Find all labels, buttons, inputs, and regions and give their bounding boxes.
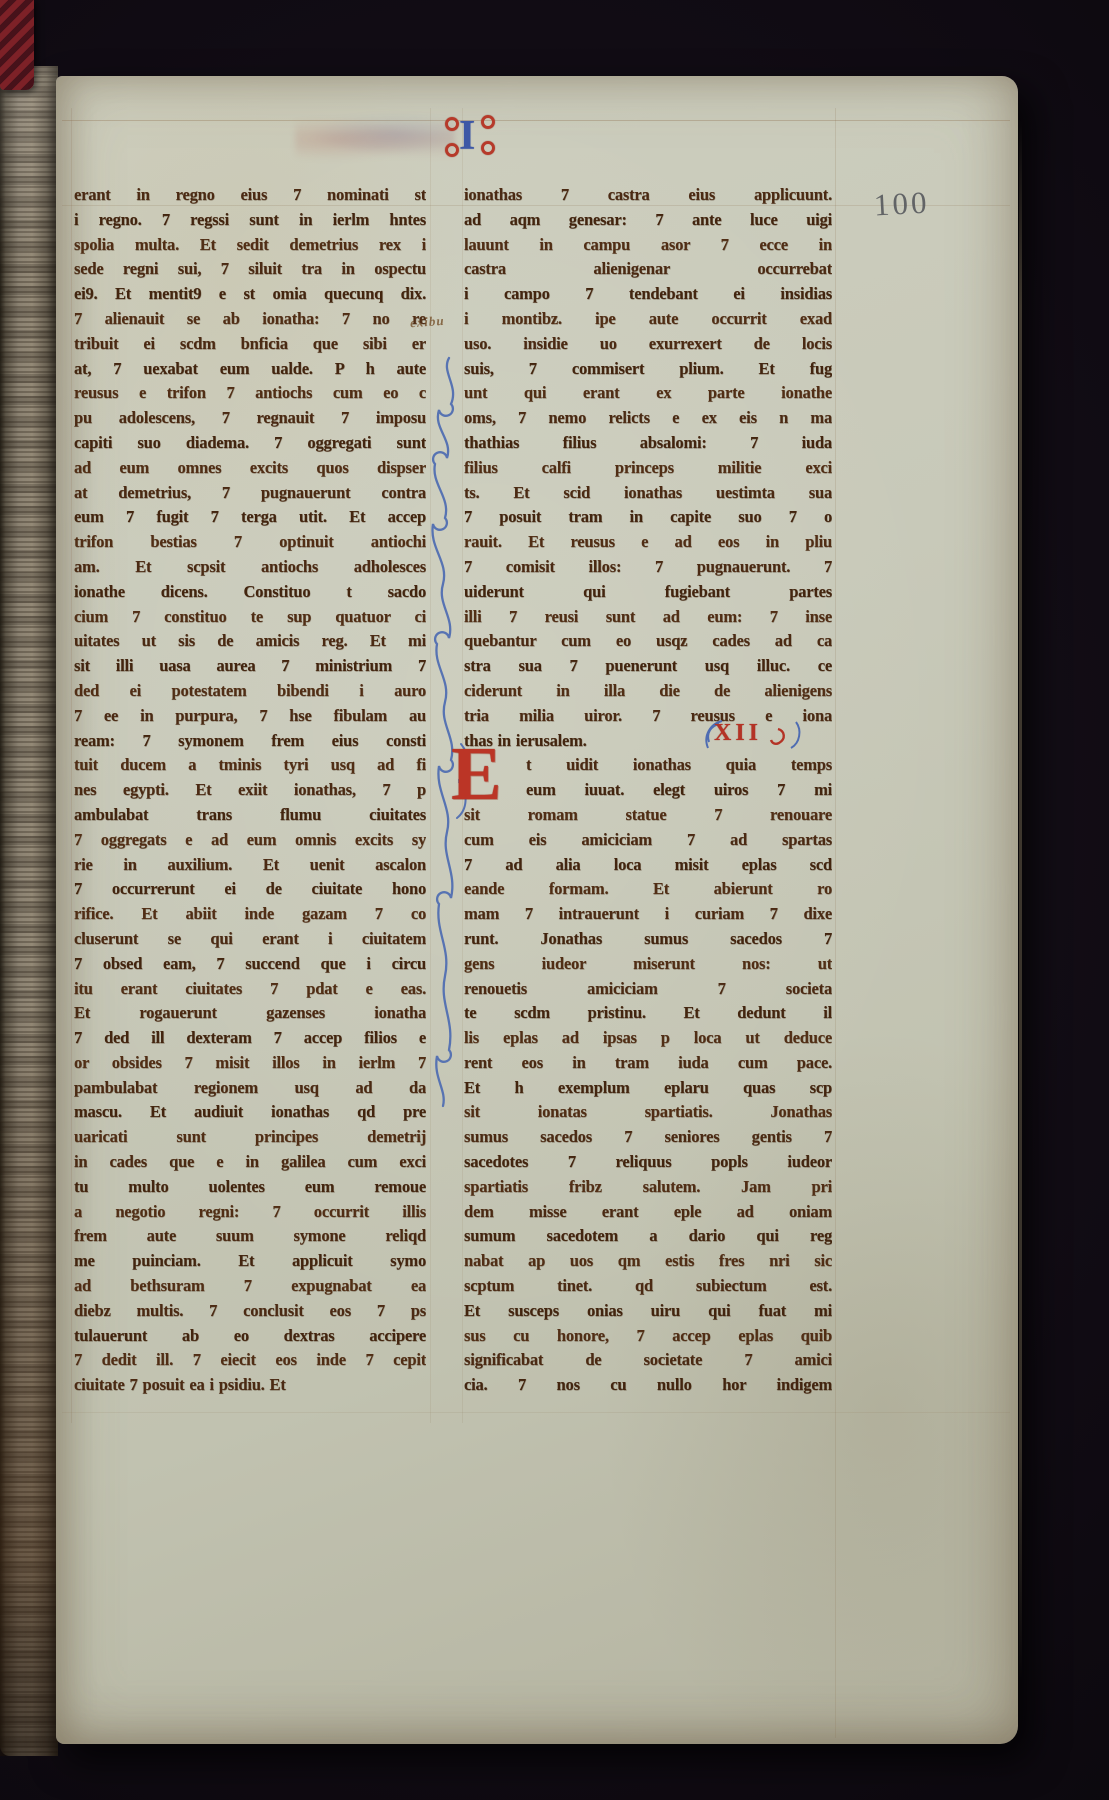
text-line: in cades que e in galilea cum exci: [74, 1150, 426, 1175]
text-line: spartiatis fribz salutem. Jam pri: [464, 1175, 832, 1200]
text-column-left: erant in regno eius 7 nominati sti regno…: [74, 183, 426, 1398]
text-line: oms, 7 nemo relicts e ex eis n ma: [464, 406, 832, 431]
text-line: eande formam. Et abierunt ro: [464, 877, 832, 902]
text-line: am. Et scpsit antiochs adholesces: [74, 555, 426, 580]
text-line: ad eum omnes excits quos dispser: [74, 456, 426, 481]
text-line: stra sua 7 puenerunt usq illuc. ce: [464, 654, 832, 679]
text-line: te scdm pristinu. Et dedunt il: [464, 1001, 832, 1026]
folio-number: 100: [873, 185, 930, 224]
text-line: significabat de societate 7 amici: [464, 1348, 832, 1373]
text-line: uiderunt qui fugiebant partes: [464, 580, 832, 605]
text-line: cium 7 constituo te sup quatuor ci: [74, 605, 426, 630]
text-line: rie in auxilium. Et uenit ascalon: [74, 853, 426, 878]
text-line: ciuitate 7 posuit ea i psidiu. Et: [74, 1373, 426, 1398]
chapter-rubric: XII: [700, 716, 804, 754]
text-line: nes egypti. Et exiit ionathas, 7 p: [74, 778, 426, 803]
column-section-chap11: ionathas 7 castra eius applicuunt.ad aqm…: [464, 183, 832, 753]
manuscript-photo: I 100 exibu erant in regno eius 7 nomina…: [0, 0, 1109, 1800]
page-crease: [835, 108, 836, 1738]
text-line: 7 ded ill dexteram 7 accep filios e: [74, 1026, 426, 1051]
text-line: sit ionatas spartiatis. Jonathas: [464, 1100, 832, 1125]
text-line: tuit ducem a tminis tyri usq ad fi: [74, 753, 426, 778]
text-column-right: ionathas 7 castra eius applicuunt.ad aqm…: [464, 183, 832, 1398]
text-line: cum eis amiciciam 7 ad spartas: [464, 828, 832, 853]
chapter-initial-letter: E: [451, 747, 502, 801]
text-line: Et susceps onias uiru qui fuat mi: [464, 1299, 832, 1324]
text-line: renouetis amiciciam 7 societa: [464, 977, 832, 1002]
text-line: ionathas 7 castra eius applicuunt.: [464, 183, 832, 208]
text-line: at demetrius, 7 pugnauerunt contra: [74, 481, 426, 506]
text-line: me puinciam. Et applicuit symo: [74, 1249, 426, 1274]
text-line: mascu. Et audiuit ionathas qd pre: [74, 1100, 426, 1125]
text-line: cluserunt se qui erant i ciuitatem: [74, 927, 426, 952]
text-line: uitates ut sis de amicis reg. Et mi: [74, 629, 426, 654]
ink-showthrough: [295, 114, 455, 160]
text-line: reusus e trifon 7 antiochs cum eo c: [74, 381, 426, 406]
text-line: unt qui erant ex parte ionathe: [464, 381, 832, 406]
text-line: t uidit ionathas quia temps: [464, 753, 832, 778]
text-line: 7 posuit tram in capite suo 7 o: [464, 505, 832, 530]
text-line: illi 7 reusi sunt ad eum: 7 inse: [464, 605, 832, 630]
text-line: tribuit ei scdm bnficia que sibi er: [74, 332, 426, 357]
text-line: gens iudeor miserunt nos: ut: [464, 952, 832, 977]
text-line: cia. 7 nos cu nullo hor indigem: [464, 1373, 832, 1398]
text-line: ionathe dicens. Constituo t sacdo: [74, 580, 426, 605]
under-leaf-edge: [1019, 120, 1022, 1680]
text-line: sit romam statue 7 renouare: [464, 803, 832, 828]
text-line: or obsides 7 misit illos in ierlm 7: [74, 1051, 426, 1076]
text-line: 7 ad alia loca misit eplas scd: [464, 853, 832, 878]
ruling-line: [71, 108, 72, 1423]
text-line: lauunt in campu asor 7 ecce in: [464, 233, 832, 258]
text-line: ream: 7 symonem frem eius consti: [74, 729, 426, 754]
text-line: a negotio regni: 7 occurrit illis: [74, 1200, 426, 1225]
text-line: suis, 7 commisert plium. Et fug: [464, 357, 832, 382]
text-line: tu multo uolentes eum remoue: [74, 1175, 426, 1200]
text-line: runt. Jonathas sumus sacedos 7: [464, 927, 832, 952]
text-line: eum iuuat. elegt uiros 7 mi: [464, 778, 832, 803]
text-line: ciderunt in illa die de alienigens: [464, 679, 832, 704]
text-line: at, 7 uexabat eum ualde. P h aute: [74, 357, 426, 382]
text-line: 7 ee in purpura, 7 hse fibulam au: [74, 704, 426, 729]
text-line: castra alienigenar occurrebat: [464, 257, 832, 282]
text-line: dem misse erant eple ad oniam: [464, 1200, 832, 1225]
text-line: uso. insidie uo exurrexert de locis: [464, 332, 832, 357]
red-ring-ornament-icon: [481, 115, 495, 129]
text-line: i regno. 7 regssi sunt in ierlm hntes: [74, 208, 426, 233]
red-endband: [0, 0, 34, 90]
text-line: i campo 7 tendebant ei insidias: [464, 282, 832, 307]
text-line: 7 oggregats e ad eum omnis excits sy: [74, 828, 426, 853]
ruling-line: [62, 1412, 1010, 1413]
text-line: 7 comisit illos: 7 pugnauerunt. 7: [464, 555, 832, 580]
text-line: rifice. Et abiit inde gazam 7 co: [74, 902, 426, 927]
text-line: Et h exemplum eplaru quas scp: [464, 1076, 832, 1101]
text-line: pambulabat regionem usq ad da: [74, 1076, 426, 1101]
column-section-chap12: t uidit ionathas quia tempseum iuuat. el…: [464, 753, 832, 1398]
text-line: diebz multis. 7 conclusit eos 7 ps: [74, 1299, 426, 1324]
text-line: sus cu honore, 7 accep eplas quib: [464, 1324, 832, 1349]
red-ring-ornament-icon: [481, 141, 495, 155]
text-line: sede regni sui, 7 siluit tra in ospectu: [74, 257, 426, 282]
text-line: 7 obsed eam, 7 succend que i circu: [74, 952, 426, 977]
text-line: filius calfi princeps militie exci: [464, 456, 832, 481]
text-line: 7 dedit ill. 7 eiecit eos inde 7 cepit: [74, 1348, 426, 1373]
text-line: sit illi uasa aurea 7 ministrium 7: [74, 654, 426, 679]
text-line: frem aute suum symone reliqd: [74, 1224, 426, 1249]
text-line: scptum tinet. qd subiectum est.: [464, 1274, 832, 1299]
text-line: pu adolescens, 7 regnauit 7 imposu: [74, 406, 426, 431]
text-line: Et rogauerunt gazenses ionatha: [74, 1001, 426, 1026]
text-line: quebantur cum eo usqz cades ad ca: [464, 629, 832, 654]
text-line: 7 occurrerunt ei de ciuitate hono: [74, 877, 426, 902]
text-line: mam 7 intrauerunt i curiam 7 dixe: [464, 902, 832, 927]
text-line: trifon bestias 7 optinuit antiochi: [74, 530, 426, 555]
text-line: eum 7 fugit 7 terga utit. Et accep: [74, 505, 426, 530]
text-line: lis eplas ad ipsas p loca ut deduce: [464, 1026, 832, 1051]
text-line: ts. Et scid ionathas uestimta sua: [464, 481, 832, 506]
text-line: rent eos in tram iuda cum pace.: [464, 1051, 832, 1076]
text-line: erant in regno eius 7 nominati st: [74, 183, 426, 208]
text-line: ambulabat trans flumu ciuitates: [74, 803, 426, 828]
text-line: thathias filius absalomi: 7 iuda: [464, 431, 832, 456]
text-line: i montibz. ipe aute occurrit exad: [464, 307, 832, 332]
text-line: sumum sacedotem a dario qui reg: [464, 1224, 832, 1249]
text-line: ad bethsuram 7 expugnabat ea: [74, 1274, 426, 1299]
text-line: rauit. Et reusus e ad eos in pliu: [464, 530, 832, 555]
red-ring-ornament-icon: [445, 117, 459, 131]
ruling-line: [62, 120, 1010, 121]
text-line: capiti suo diadema. 7 oggregati sunt: [74, 431, 426, 456]
text-line: 7 alienauit se ab ionatha: 7 no re: [74, 307, 426, 332]
text-line: spolia multa. Et sedit demetrius rex i: [74, 233, 426, 258]
text-line: sumus sacedos 7 seniores gentis 7: [464, 1125, 832, 1150]
text-line: nabat ap uos qm estis fres nri sic: [464, 1249, 832, 1274]
text-line: ei9. Et mentit9 e st omia quecunq dix.: [74, 282, 426, 307]
text-line: ad aqm genesar: 7 ante luce uigi: [464, 208, 832, 233]
text-line: ded ei potestatem bibendi i auro: [74, 679, 426, 704]
book-fore-edge: [0, 66, 58, 1756]
running-header-letter: I: [459, 112, 475, 160]
text-line: sacedotes 7 reliquus popls iudeor: [464, 1150, 832, 1175]
chapter-numeral: XII: [714, 720, 762, 747]
text-line: tulauerunt ab eo dextras accipere: [74, 1324, 426, 1349]
red-ring-ornament-icon: [445, 143, 459, 157]
text-line: uaricati sunt principes demetrij: [74, 1125, 426, 1150]
text-line: itu erant ciuitates 7 pdat e eas.: [74, 977, 426, 1002]
running-header: I: [447, 112, 499, 164]
